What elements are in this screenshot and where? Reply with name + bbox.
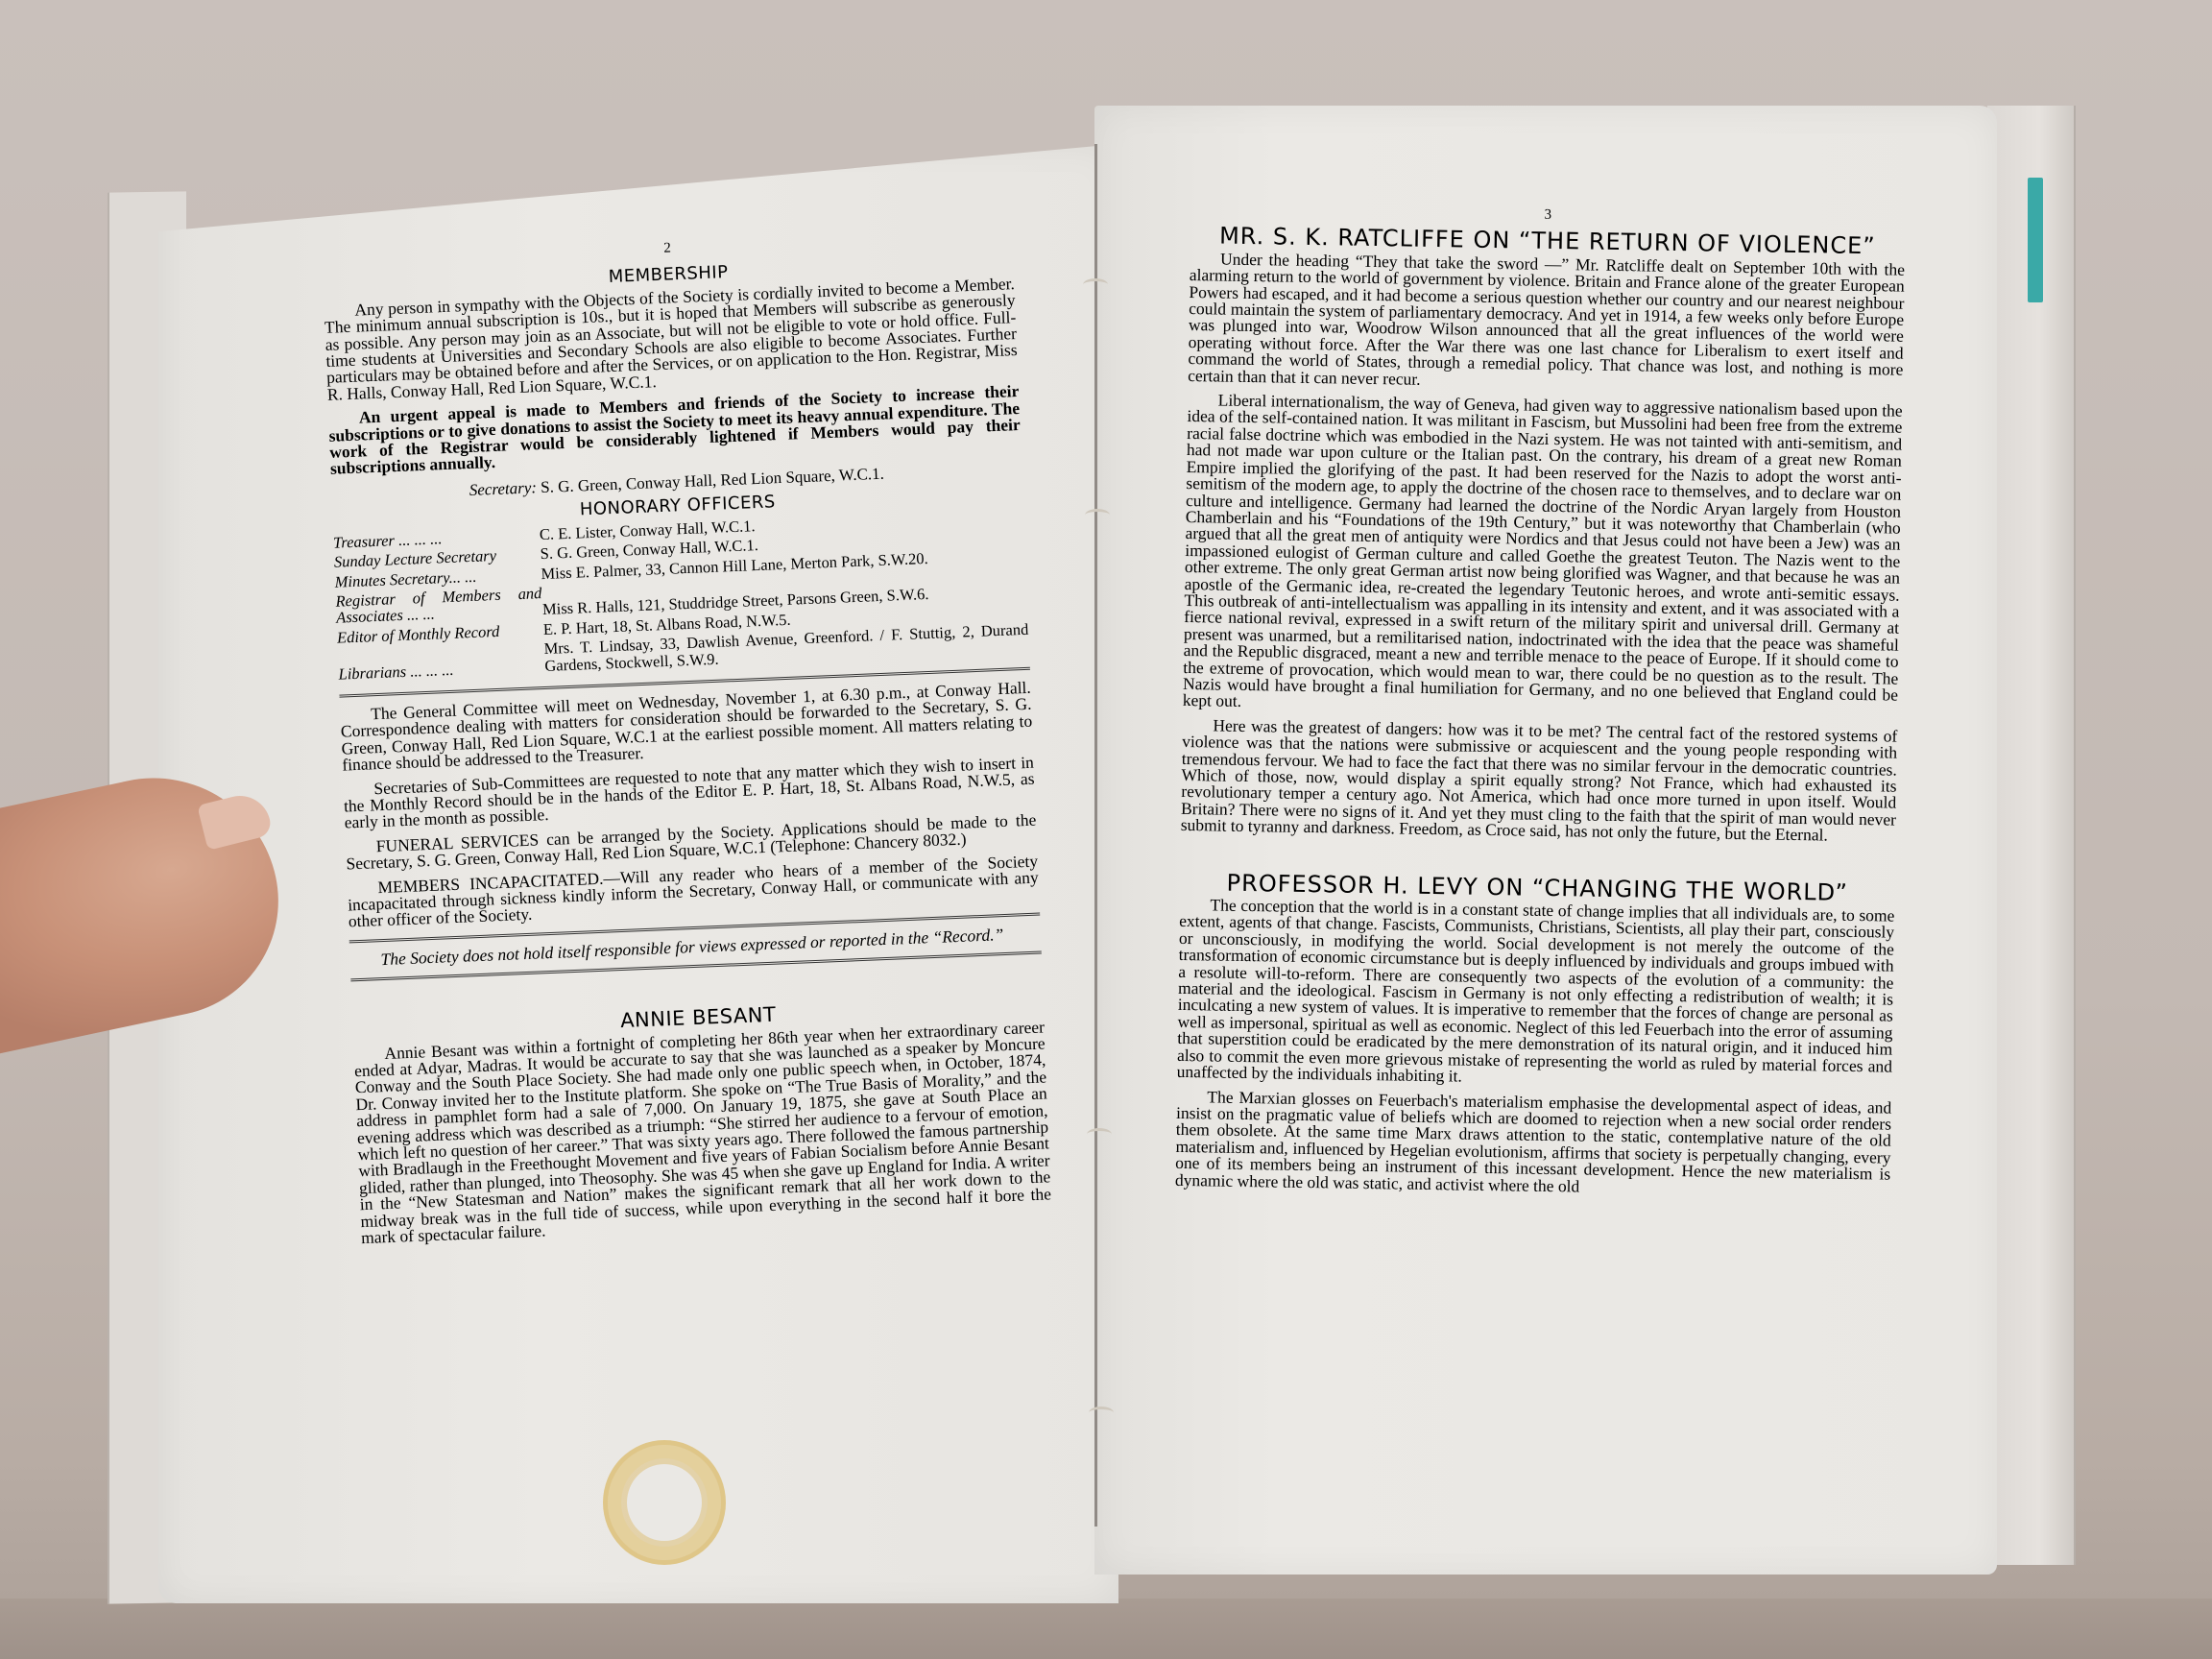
shelf-surface	[0, 1599, 2212, 1659]
annie-besant-section: ANNIE BESANT Annie Besant was within a f…	[352, 997, 1052, 1247]
binding-stitch	[1087, 1128, 1112, 1141]
right-page-content: 3 MR. S. K. RATCLIFFE ON “THE RETURN OF …	[1175, 202, 1906, 1208]
notices-section: The General Committee will meet on Wedne…	[340, 680, 1040, 931]
right-page-stack-edge	[1987, 106, 2076, 1565]
ratcliffe-article: MR. S. K. RATCLIFFE ON “THE RETURN OF VI…	[1181, 228, 1906, 845]
book-spine-gutter	[1094, 144, 1097, 1527]
library-stamp-icon	[603, 1440, 726, 1565]
disclaimer-text: The Society does not hold itself respons…	[349, 925, 1041, 969]
article-paragraph: The conception that the world is in a co…	[1177, 897, 1895, 1092]
teal-bookmark-tab	[2028, 178, 2043, 302]
honorary-officers-section: HONORARY OFFICERS Treasurer ... ... ... …	[332, 484, 1030, 685]
officers-table: Treasurer ... ... ... C. E. Lister, Conw…	[333, 507, 1030, 685]
annie-besant-body: Annie Besant was within a fortnight of c…	[353, 1019, 1052, 1247]
binding-stitch	[1085, 509, 1110, 521]
article-paragraph: Liberal internationalism, the way of Gen…	[1183, 392, 1903, 720]
officer-role: Librarians ... ... ...	[337, 640, 544, 685]
binding-stitch	[1083, 278, 1108, 291]
binding-stitch	[1089, 1407, 1114, 1419]
membership-section: MEMBERSHIP Any person in sympathy with t…	[323, 252, 1022, 504]
levy-article: PROFESSOR H. LEVY ON “CHANGING THE WORLD…	[1175, 875, 1895, 1200]
left-page-content: 2 MEMBERSHIP Any person in sympathy with…	[322, 227, 1052, 1255]
article-paragraph: Under the heading “They that take the sw…	[1188, 251, 1905, 396]
secretary-label: Secretary:	[469, 478, 537, 499]
article-paragraph: The Marxian glosses on Feuerbach's mater…	[1175, 1088, 1892, 1199]
membership-paragraph: Any person in sympathy with the Objects …	[324, 276, 1019, 403]
article-paragraph: Here was the greatest of dangers: how wa…	[1181, 717, 1898, 846]
